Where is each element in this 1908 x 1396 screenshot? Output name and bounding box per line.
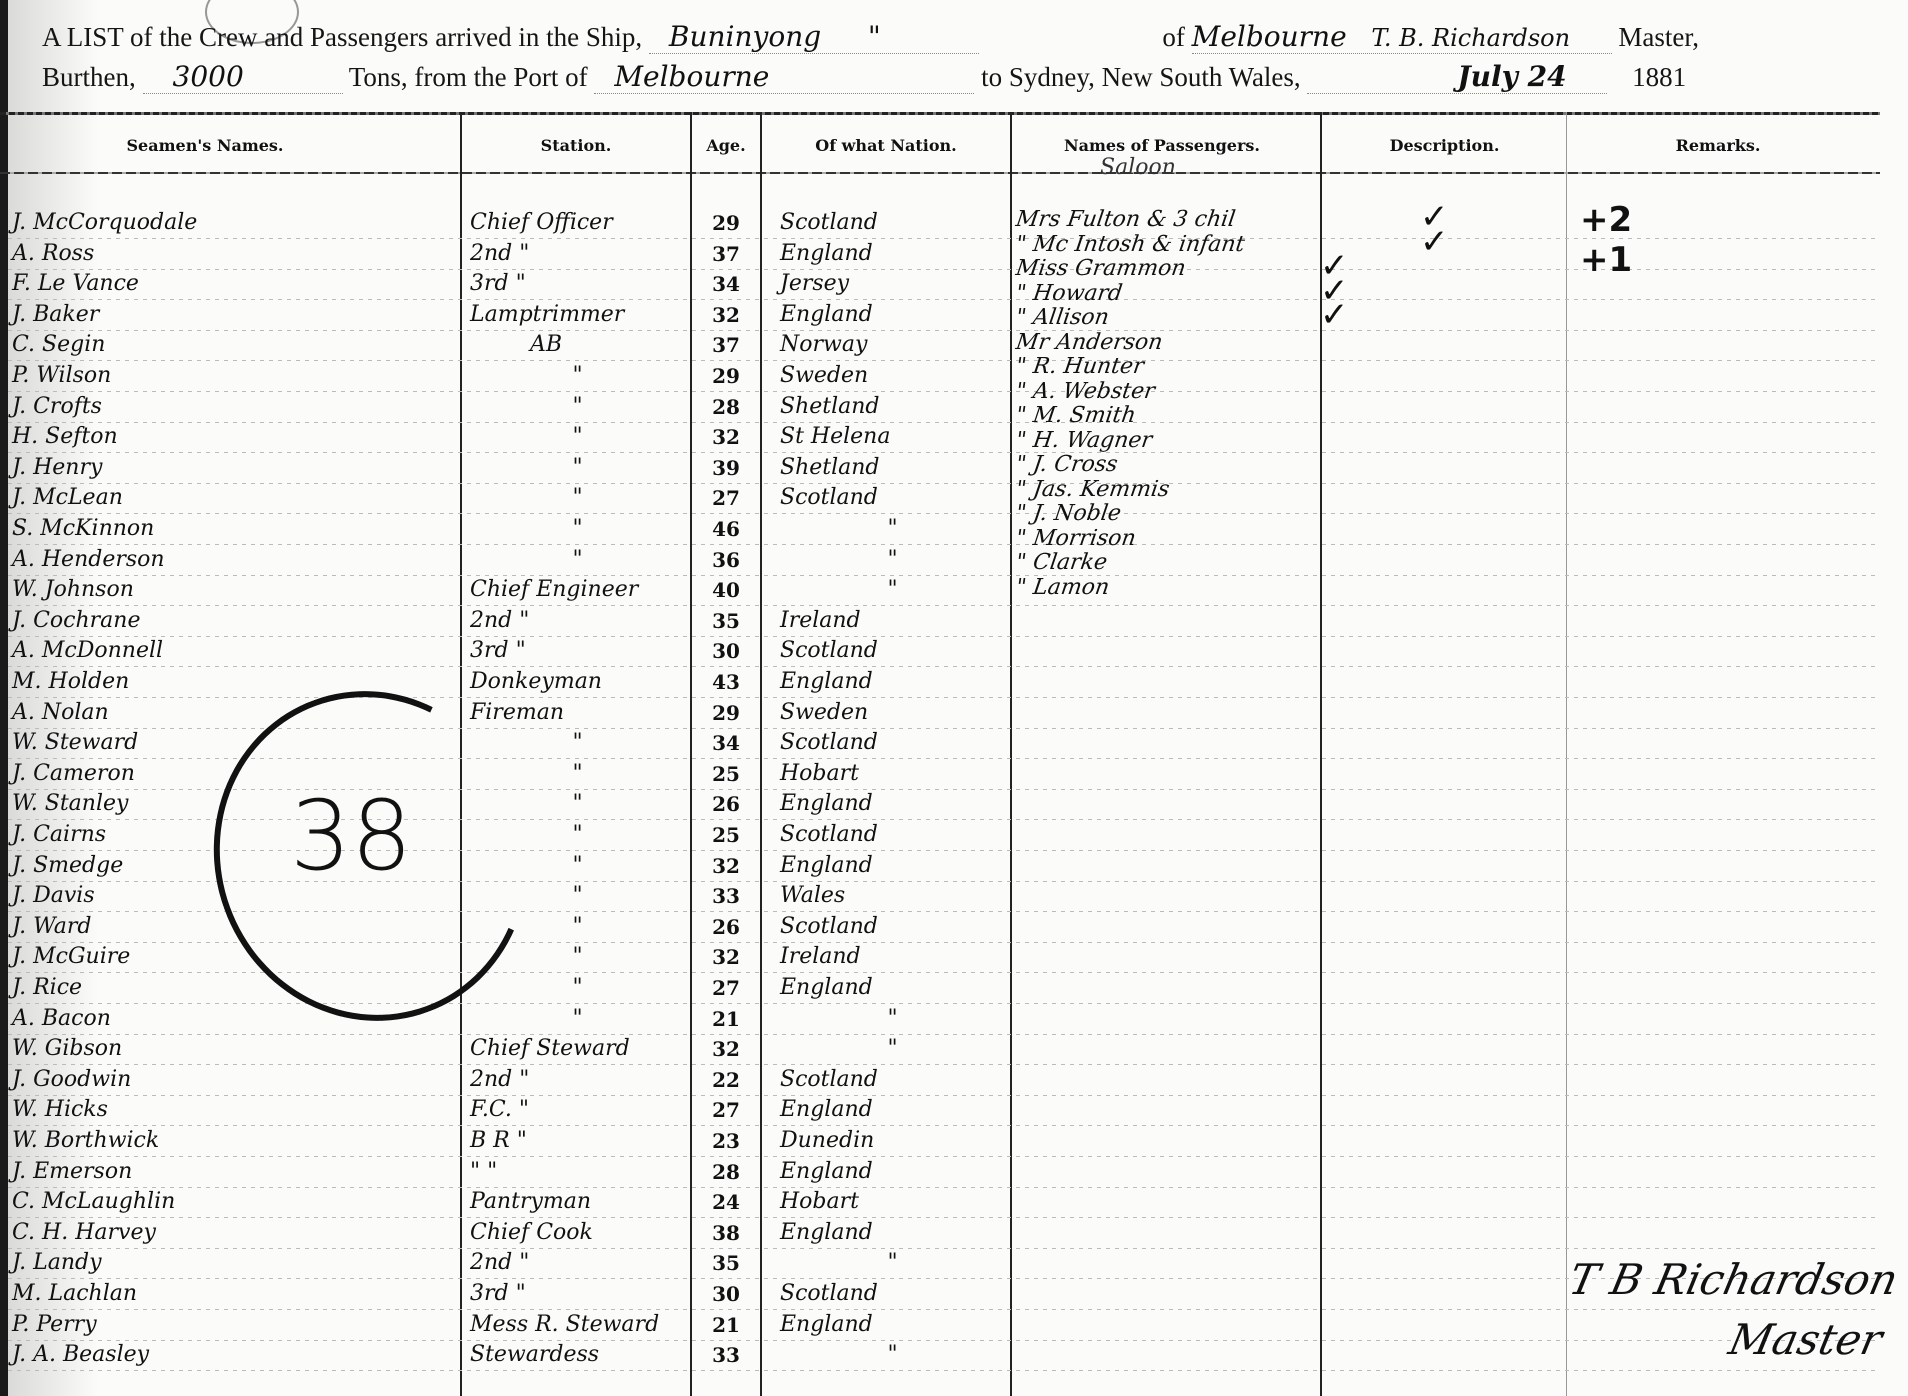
seaman-age: 27: [694, 1095, 758, 1125]
seaman-age: 24: [694, 1187, 758, 1217]
seaman-nation: Hobart: [780, 1187, 1005, 1217]
seaman-name: J. Cochrane: [12, 606, 452, 636]
seaman-nation: Norway: [780, 330, 1005, 360]
burthen-value: 3000: [173, 60, 244, 93]
seaman-name: F. Le Vance: [12, 269, 452, 299]
seaman-nation: Wales: [780, 881, 1005, 911]
seaman-age: 26: [694, 789, 758, 819]
seaman-nation: Shetland: [780, 392, 1005, 422]
seaman-nation: England: [780, 1095, 1005, 1125]
seaman-age: 32: [694, 1034, 758, 1064]
seaman-age: 26: [694, 912, 758, 942]
seaman-station: ": [470, 973, 685, 1003]
seaman-name: J. Crofts: [12, 392, 452, 422]
seaman-nation: England: [780, 667, 1005, 697]
seaman-station: ": [470, 1004, 685, 1034]
seaman-name: H. Sefton: [12, 422, 452, 452]
seaman-station: Chief Officer: [470, 208, 685, 238]
seaman-nation: Scotland: [780, 912, 1005, 942]
seaman-age: 28: [694, 392, 758, 422]
seaman-age: 32: [694, 300, 758, 330]
seaman-name: J. McLean: [12, 483, 452, 513]
seaman-name: W. Johnson: [12, 575, 452, 605]
seaman-nation: Scotland: [780, 728, 1005, 758]
seaman-nation: Sweden: [780, 361, 1005, 391]
seaman-nation: England: [780, 973, 1005, 1003]
page-binding-edge: [0, 0, 8, 1396]
column-header-age: Age.: [692, 136, 760, 155]
seaman-nation: Ireland: [780, 606, 1005, 636]
master-name: T. B. Richardson: [1371, 24, 1570, 52]
seaman-station: Chief Steward: [470, 1034, 685, 1064]
check-mark-icon: ✓: [1320, 295, 1349, 335]
seaman-nation: England: [780, 789, 1005, 819]
seaman-name: C. H. Harvey: [12, 1218, 452, 1248]
seaman-station: ": [470, 361, 685, 391]
seaman-age: 25: [694, 820, 758, 850]
seaman-station: B R ": [470, 1126, 685, 1156]
seaman-station: ": [470, 453, 685, 483]
seaman-nation: England: [780, 1310, 1005, 1340]
seaman-age: 33: [694, 1340, 758, 1370]
seaman-name: J. McCorquodale: [12, 208, 452, 238]
seaman-nation: Shetland: [780, 453, 1005, 483]
seaman-station: ": [470, 483, 685, 513]
seaman-station: Chief Cook: [470, 1218, 685, 1248]
seaman-name: S. McKinnon: [12, 514, 452, 544]
seaman-station: 2nd ": [470, 239, 685, 269]
seaman-age: 34: [694, 728, 758, 758]
burthen-label: Burthen,: [42, 62, 136, 92]
seaman-name: W. Gibson: [12, 1034, 452, 1064]
column-header-nation: Of what Nation.: [762, 136, 1010, 155]
seaman-nation: England: [780, 239, 1005, 269]
check-mark-icon: ✓: [1420, 222, 1449, 262]
seaman-age: 32: [694, 851, 758, 881]
seaman-station: 3rd ": [470, 1279, 685, 1309]
column-header-seamen-names: Seamen's Names.: [60, 136, 350, 155]
seaman-age: 46: [694, 514, 758, 544]
seaman-age: 29: [694, 361, 758, 391]
seaman-nation: ": [780, 1034, 1005, 1064]
seaman-age: 27: [694, 483, 758, 513]
seaman-station: ": [470, 392, 685, 422]
seaman-age: 21: [694, 1310, 758, 1340]
seaman-station: Fireman: [470, 698, 685, 728]
ship-name-field: Buninyong ": [649, 20, 979, 54]
column-divider: [690, 112, 692, 1396]
seaman-nation: Scotland: [780, 1279, 1005, 1309]
seaman-nation: ": [780, 1004, 1005, 1034]
arrival-year: 1881: [1632, 62, 1686, 92]
seaman-age: 32: [694, 942, 758, 972]
seaman-name: C. McLaughlin: [12, 1187, 452, 1217]
seaman-station: Stewardess: [470, 1340, 685, 1370]
ship-name-quote: ": [868, 20, 881, 53]
seaman-name: P. Perry: [12, 1310, 452, 1340]
seaman-age: 33: [694, 881, 758, 911]
seaman-age: 40: [694, 575, 758, 605]
seaman-nation: ": [780, 575, 1005, 605]
seaman-name: A. McDonnell: [12, 636, 452, 666]
seaman-name: M. Lachlan: [12, 1279, 452, 1309]
passenger-class-note: Saloon: [1100, 155, 1176, 180]
seaman-station: Chief Engineer: [470, 575, 685, 605]
seaman-age: 22: [694, 1065, 758, 1095]
column-header-station: Station.: [462, 136, 690, 155]
seaman-station: 2nd ": [470, 1248, 685, 1278]
seaman-nation: Scotland: [780, 1065, 1005, 1095]
seaman-station: ": [470, 422, 685, 452]
arrival-date: July 24: [1457, 60, 1566, 93]
seaman-station: 3rd ": [470, 269, 685, 299]
seaman-station: F.C. ": [470, 1095, 685, 1125]
seaman-nation: St Helena: [780, 422, 1005, 452]
seaman-station: 2nd ": [470, 1065, 685, 1095]
remark-entry: +2: [1580, 200, 1632, 240]
column-divider: [1010, 112, 1012, 1396]
destination-label: to Sydney, New South Wales,: [981, 62, 1301, 92]
seaman-nation: ": [780, 545, 1005, 575]
seaman-station: Mess R. Steward: [470, 1310, 685, 1340]
remark-entry: +1: [1580, 240, 1632, 280]
header-line-1: A LIST of the Crew and Passengers arrive…: [42, 20, 1699, 54]
seaman-station: Donkeyman: [470, 667, 685, 697]
from-port-field: Melbourne: [594, 60, 974, 94]
seaman-nation: Ireland: [780, 942, 1005, 972]
seaman-age: 32: [694, 422, 758, 452]
seaman-age: 38: [694, 1218, 758, 1248]
seaman-station: " ": [470, 1157, 685, 1187]
seaman-nation: England: [780, 1218, 1005, 1248]
seaman-name: A. Ross: [12, 239, 452, 269]
master-signature-title: Master: [1725, 1315, 1887, 1364]
seaman-age: 28: [694, 1157, 758, 1187]
seaman-station: 3rd ": [470, 636, 685, 666]
seaman-nation: England: [780, 1157, 1005, 1187]
seaman-name: J. Henry: [12, 453, 452, 483]
seaman-age: 25: [694, 759, 758, 789]
seaman-nation: ": [780, 514, 1005, 544]
table-header-rule: [0, 172, 1880, 174]
column-header-description: Description.: [1322, 136, 1567, 155]
of-label: of: [1162, 22, 1185, 52]
seaman-name: W. Borthwick: [12, 1126, 452, 1156]
seaman-nation: England: [780, 851, 1005, 881]
seaman-name: J. Goodwin: [12, 1065, 452, 1095]
seaman-age: 23: [694, 1126, 758, 1156]
column-header-passengers: Names of Passengers.: [1012, 136, 1312, 155]
seaman-age: 27: [694, 973, 758, 1003]
tons-label: Tons, from the Port of: [349, 62, 588, 92]
seaman-nation: England: [780, 300, 1005, 330]
seaman-station: 2nd ": [470, 606, 685, 636]
header-line-2: Burthen, 3000 Tons, from the Port of Mel…: [42, 60, 1686, 94]
seaman-name: P. Wilson: [12, 361, 452, 391]
header-prefix: A LIST of the Crew and Passengers arrive…: [42, 22, 642, 52]
ship-port-master-field: Melbourne T. B. Richardson: [1192, 20, 1612, 54]
seaman-station: ": [470, 728, 685, 758]
seaman-name: J. Emerson: [12, 1157, 452, 1187]
seaman-age: 30: [694, 1279, 758, 1309]
seaman-nation: Dunedin: [780, 1126, 1005, 1156]
seaman-station: Pantryman: [470, 1187, 685, 1217]
column-divider: [1566, 112, 1567, 1396]
seaman-age: 35: [694, 606, 758, 636]
master-label: Master,: [1618, 22, 1699, 52]
seaman-nation: Hobart: [780, 759, 1005, 789]
seaman-name: W. Hicks: [12, 1095, 452, 1125]
ship-port: Melbourne: [1192, 20, 1347, 53]
crew-count-annotation: 38: [290, 780, 412, 892]
seaman-age: 30: [694, 636, 758, 666]
seaman-age: 36: [694, 545, 758, 575]
seaman-nation: Scotland: [780, 483, 1005, 513]
burthen-field: 3000: [143, 60, 343, 94]
seaman-nation: Scotland: [780, 208, 1005, 238]
seaman-age: 37: [694, 239, 758, 269]
seaman-station: ": [470, 545, 685, 575]
seaman-nation: Scotland: [780, 636, 1005, 666]
seaman-name: J. A. Beasley: [12, 1340, 452, 1370]
seaman-age: 37: [694, 330, 758, 360]
seaman-age: 34: [694, 269, 758, 299]
seaman-nation: ": [780, 1248, 1005, 1278]
seaman-nation: Scotland: [780, 820, 1005, 850]
seaman-age: 29: [694, 208, 758, 238]
seaman-age: 21: [694, 1004, 758, 1034]
row-rule: [8, 1370, 1880, 1371]
seaman-age: 39: [694, 453, 758, 483]
column-header-remarks: Remarks.: [1568, 136, 1868, 155]
master-signature: T B Richardson: [1565, 1255, 1903, 1304]
from-port: Melbourne: [614, 60, 769, 93]
seaman-name: J. Landy: [12, 1248, 452, 1278]
column-divider: [760, 112, 762, 1396]
passenger-name: " Lamon: [1014, 573, 1111, 603]
table-top-rule: [0, 112, 1880, 115]
seaman-name: C. Segin: [12, 330, 452, 360]
seaman-age: 43: [694, 667, 758, 697]
seaman-age: 35: [694, 1248, 758, 1278]
seaman-station: ": [470, 514, 685, 544]
seaman-age: 29: [694, 698, 758, 728]
ship-name: Buninyong: [669, 20, 821, 53]
seaman-name: J. Baker: [12, 300, 452, 330]
date-field: July 24: [1307, 60, 1607, 94]
seaman-nation: Sweden: [780, 698, 1005, 728]
seaman-nation: Jersey: [780, 269, 1005, 299]
seaman-nation: ": [780, 1340, 1005, 1370]
seaman-station: Lamptrimmer: [470, 300, 685, 330]
seaman-name: A. Henderson: [12, 545, 452, 575]
